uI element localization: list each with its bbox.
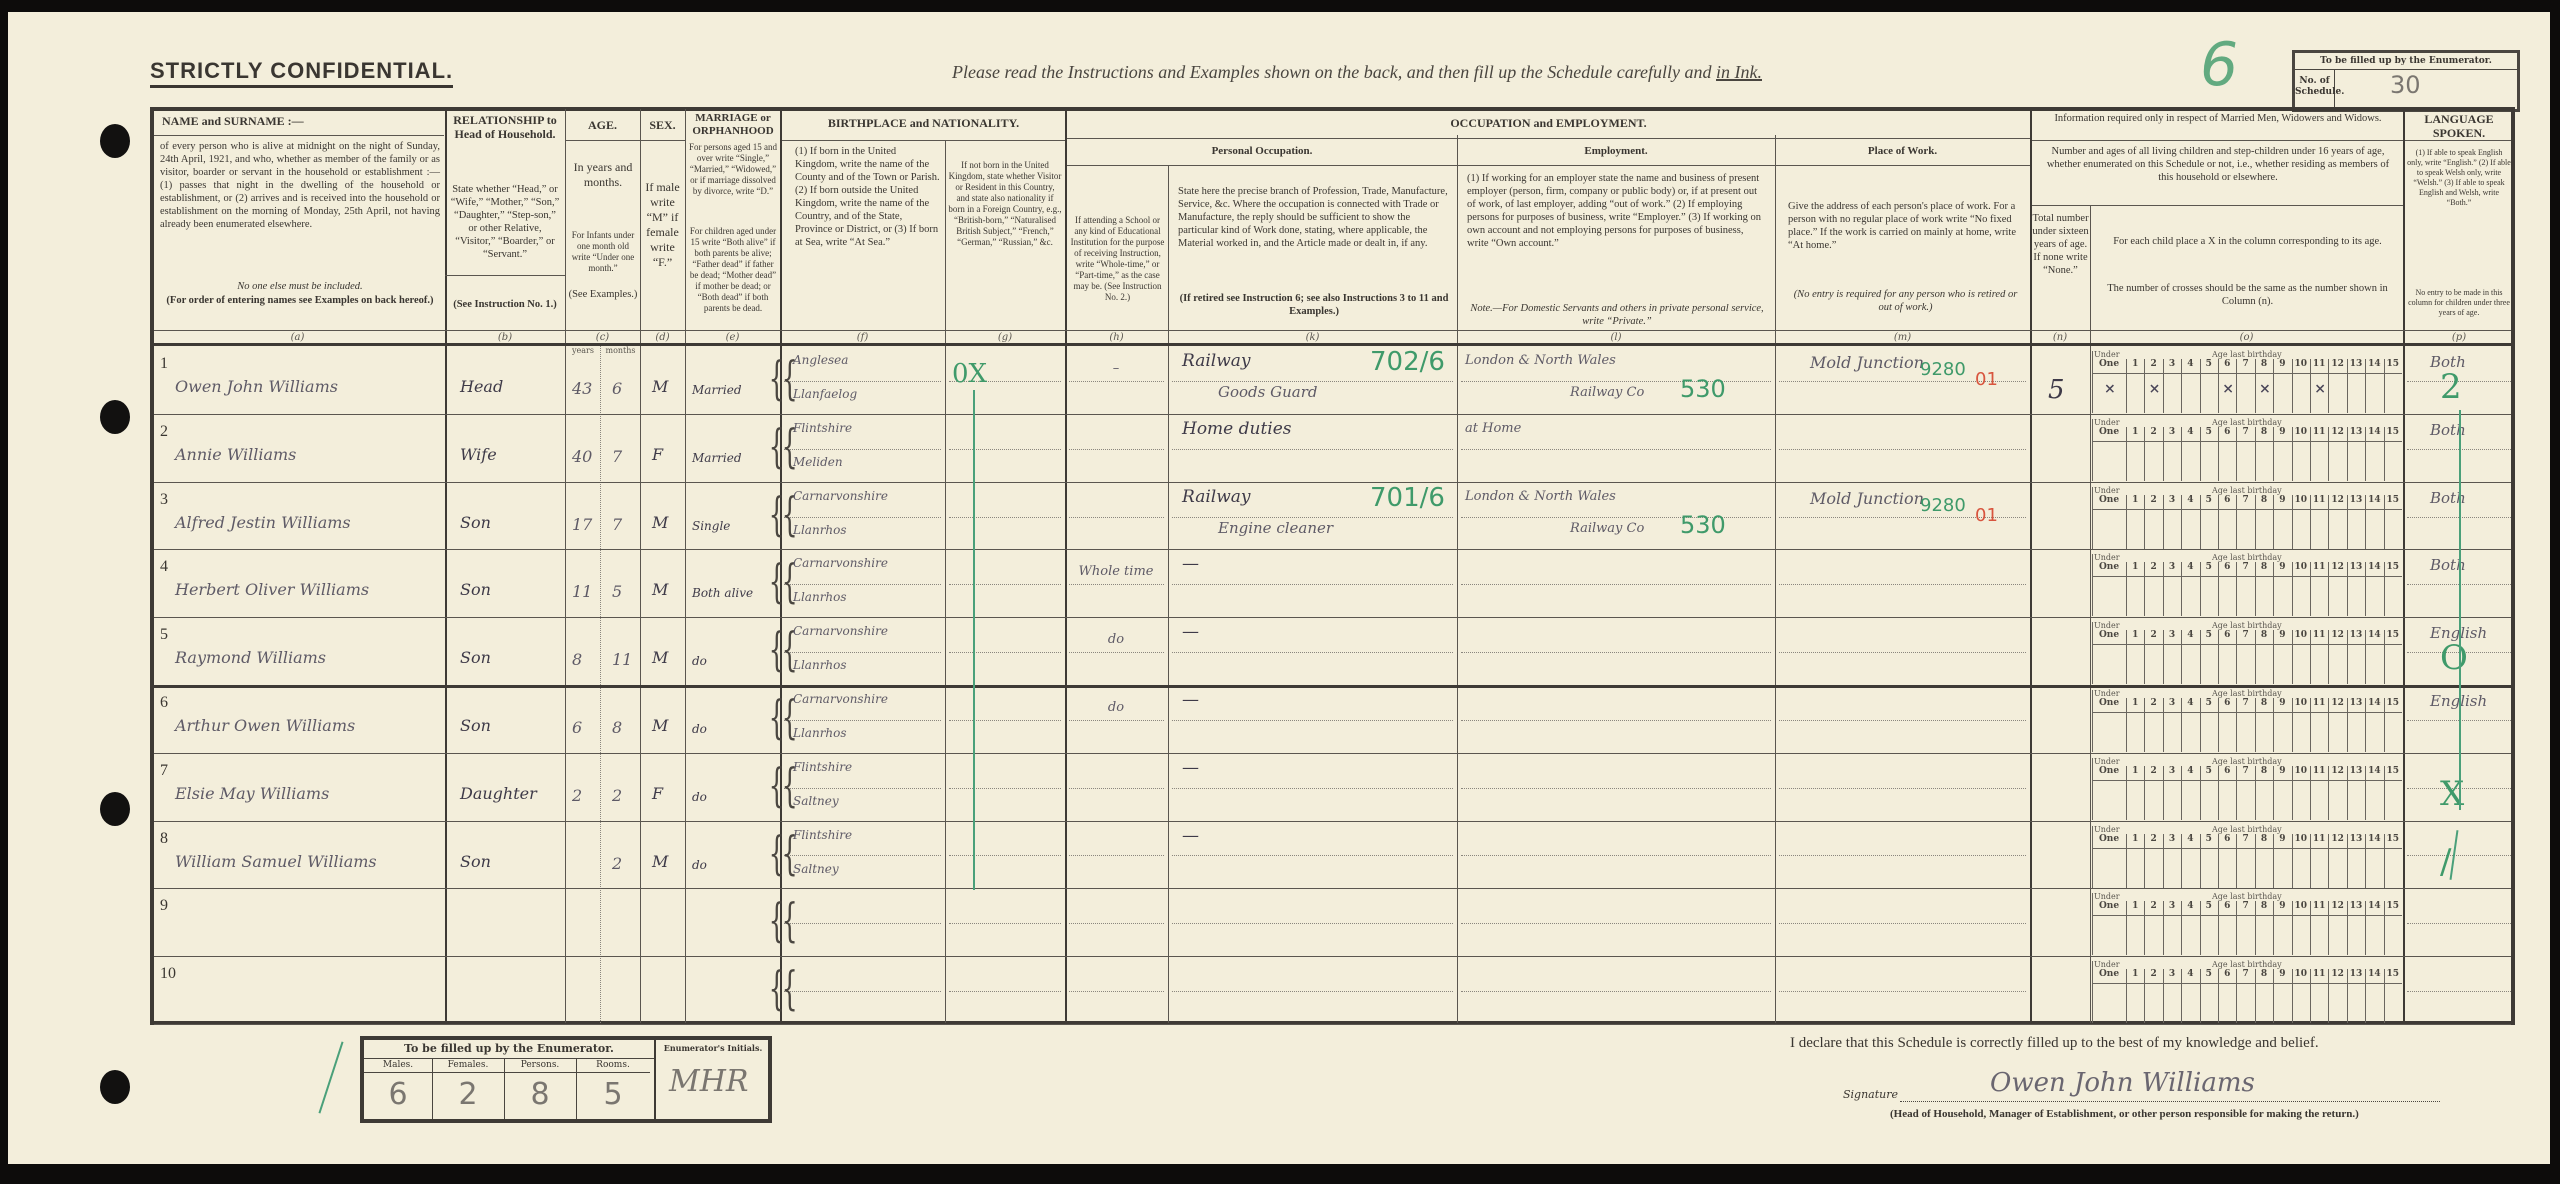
age-column-label: 1 bbox=[2126, 901, 2144, 911]
age-col-divider bbox=[2200, 834, 2201, 888]
birth-county: Anglesea bbox=[793, 353, 848, 367]
age-column-label: 15 bbox=[2384, 427, 2402, 437]
col-letter: (a) bbox=[150, 332, 445, 343]
header-rule bbox=[154, 330, 2511, 331]
birth-town: Saltney bbox=[793, 862, 839, 876]
age-col-divider bbox=[2200, 495, 2201, 549]
occupation-detail: Goods Guard bbox=[1218, 383, 1317, 401]
row-subline bbox=[784, 381, 941, 382]
age-column-label: One bbox=[2092, 969, 2126, 979]
age-col-divider bbox=[2218, 969, 2219, 1023]
age-months: 8 bbox=[612, 718, 622, 737]
row-subline bbox=[1069, 788, 1164, 789]
age-col-divider bbox=[2384, 630, 2385, 684]
age-column-label: 14 bbox=[2365, 698, 2383, 708]
age-column-label: 11 bbox=[2310, 698, 2328, 708]
col-f-body: (1) If born in the United Kingdom, write… bbox=[795, 145, 940, 249]
row-subline bbox=[1779, 855, 2026, 856]
age-col-divider bbox=[2273, 901, 2274, 955]
age-col-divider bbox=[2384, 562, 2385, 616]
marital-status: Both alive bbox=[692, 586, 753, 600]
age-column-label: 2 bbox=[2144, 427, 2162, 437]
age-col-divider bbox=[2181, 766, 2182, 820]
age-col-divider bbox=[2292, 427, 2293, 481]
birth-county: Flintshire bbox=[793, 760, 852, 774]
age-col-divider bbox=[2292, 630, 2293, 684]
age-column-label: 14 bbox=[2365, 359, 2383, 369]
declaration-text: I declare that this Schedule is correctl… bbox=[1790, 1035, 2319, 1052]
sex: M bbox=[652, 377, 668, 396]
age-months: 2 bbox=[612, 786, 622, 805]
birth-county: Carnarvonshire bbox=[793, 489, 888, 503]
col-no-title: Information required only in respect of … bbox=[2035, 112, 2401, 125]
age-col-divider bbox=[2181, 834, 2182, 888]
row-number: 1 bbox=[160, 355, 168, 373]
age-col-divider bbox=[2273, 969, 2274, 1023]
col-o-body1: For each child place a X in the column c… bbox=[2100, 235, 2395, 248]
age-column-label: 4 bbox=[2181, 495, 2199, 505]
age-col-divider bbox=[2365, 969, 2366, 1023]
age-last-birthday-label: Age last birthday bbox=[2212, 960, 2282, 969]
age-col-divider bbox=[2384, 427, 2385, 481]
age-grid-edge bbox=[2092, 554, 2093, 616]
age-col-divider bbox=[2255, 698, 2256, 752]
age-column-label: 11 bbox=[2310, 969, 2328, 979]
occupation: Railway bbox=[1182, 351, 1251, 371]
age-col-divider bbox=[2126, 359, 2127, 413]
age-column-label: 12 bbox=[2328, 901, 2346, 911]
age-column-label: 3 bbox=[2163, 766, 2181, 776]
age-last-birthday-label: Age last birthday bbox=[2212, 757, 2282, 766]
age-cross-mark: × bbox=[2314, 381, 2326, 397]
row-subline bbox=[1461, 584, 1771, 585]
occupation: — bbox=[1182, 758, 1199, 778]
relationship: Head bbox=[460, 377, 503, 396]
age-col-divider bbox=[2181, 359, 2182, 413]
age-col-divider bbox=[2144, 698, 2145, 752]
birth-county: Carnarvonshire bbox=[793, 692, 888, 706]
col-divider bbox=[2090, 205, 2091, 1023]
age-column-label: 5 bbox=[2200, 427, 2218, 437]
age-column-label: 7 bbox=[2236, 359, 2254, 369]
row-subline bbox=[1069, 381, 1164, 382]
person-name: Raymond Williams bbox=[175, 648, 326, 667]
age-column-label: One bbox=[2092, 562, 2126, 572]
age-under-label: Under bbox=[2094, 486, 2120, 495]
age-column-label: 2 bbox=[2144, 901, 2162, 911]
age-column-label: 6 bbox=[2218, 359, 2236, 369]
age-col-divider bbox=[2181, 495, 2182, 549]
row-subline bbox=[1779, 788, 2026, 789]
birth-town: Saltney bbox=[793, 794, 839, 808]
age-under-label: Under bbox=[2094, 757, 2120, 766]
summary-divider bbox=[654, 1040, 656, 1119]
row-number: 4 bbox=[160, 558, 168, 576]
col-g-body: If not born in the United Kingdom, state… bbox=[948, 160, 1062, 248]
age-col-divider bbox=[2328, 901, 2329, 955]
person-name: William Samuel Williams bbox=[175, 852, 377, 871]
col-letter: (n) bbox=[2030, 332, 2090, 343]
row-subline bbox=[1069, 855, 1164, 856]
row-subline bbox=[1172, 788, 1453, 789]
age-column-label: 8 bbox=[2255, 969, 2273, 979]
age-col-divider bbox=[2292, 901, 2293, 955]
age-grid-rule bbox=[2092, 644, 2402, 645]
age-column-label: 15 bbox=[2384, 562, 2402, 572]
row-subline bbox=[949, 788, 1061, 789]
age-grid-rule bbox=[2092, 576, 2402, 577]
occupation-code: 702/6 bbox=[1370, 347, 1445, 377]
age-col-divider bbox=[2273, 834, 2274, 888]
row-subline bbox=[1779, 652, 2026, 653]
age-column-label: 6 bbox=[2218, 766, 2236, 776]
age-column-label: 13 bbox=[2347, 427, 2365, 437]
age-column-label: 7 bbox=[2236, 562, 2254, 572]
age-col-divider bbox=[2384, 834, 2385, 888]
age-col-divider bbox=[2292, 698, 2293, 752]
age-col-divider bbox=[2328, 630, 2329, 684]
age-col-divider bbox=[2384, 698, 2385, 752]
age-years: 17 bbox=[572, 515, 592, 534]
row-subline bbox=[784, 517, 941, 518]
school-attendance: do bbox=[1072, 700, 1160, 715]
age-col-divider bbox=[2292, 766, 2293, 820]
age-column-label: 1 bbox=[2126, 562, 2144, 572]
row-subline bbox=[1779, 720, 2026, 721]
age-grid-edge bbox=[2092, 419, 2093, 481]
age-col-divider bbox=[2255, 766, 2256, 820]
age-col-divider bbox=[2236, 834, 2237, 888]
row-subline bbox=[1069, 720, 1164, 721]
age-column-label: 13 bbox=[2347, 834, 2365, 844]
row-subline bbox=[1779, 991, 2026, 992]
age-col-divider bbox=[2181, 969, 2182, 1023]
age-under-label: Under bbox=[2094, 892, 2120, 901]
row-subline bbox=[1779, 923, 2026, 924]
employer: London & North Wales bbox=[1465, 489, 1616, 504]
row-subline bbox=[784, 652, 941, 653]
age-column-label: 10 bbox=[2292, 359, 2310, 369]
age-column-label: 9 bbox=[2273, 969, 2291, 979]
age-col-divider bbox=[2236, 698, 2237, 752]
col-e-note: For children aged under 15 write “Both a… bbox=[688, 226, 778, 314]
workplace-subcode: 01 bbox=[1975, 505, 1998, 526]
age-col-divider bbox=[2292, 969, 2293, 1023]
age-column-label: 6 bbox=[2218, 901, 2236, 911]
col-divider bbox=[1775, 135, 1776, 1023]
row-subline bbox=[949, 652, 1061, 653]
age-col-divider bbox=[2200, 359, 2201, 413]
age-grid-edge bbox=[2092, 351, 2093, 413]
col-divider bbox=[1457, 135, 1458, 1023]
summary-cell: Rooms.5 bbox=[576, 1058, 650, 1119]
col-c-title: AGE. bbox=[565, 118, 640, 133]
age-col-divider bbox=[2310, 359, 2311, 413]
age-column-label: 15 bbox=[2384, 630, 2402, 640]
age-column-label: 8 bbox=[2255, 834, 2273, 844]
signature-value: Owen John Williams bbox=[1990, 1068, 2255, 1098]
green-verification-line bbox=[973, 390, 975, 890]
col-p-body: (1) If able to speak English only, write… bbox=[2407, 148, 2511, 208]
workplace-subcode: 01 bbox=[1975, 369, 1998, 390]
children-age-grid: UnderAge last birthdayOne×12×3456×78×910… bbox=[2092, 349, 2402, 413]
age-col-divider bbox=[2181, 562, 2182, 616]
age-col-divider bbox=[2347, 969, 2348, 1023]
age-column-label: 8 bbox=[2255, 766, 2273, 776]
age-column-label: One bbox=[2092, 427, 2126, 437]
row-subline bbox=[1461, 923, 1771, 924]
col-letter: (g) bbox=[945, 332, 1065, 343]
age-column-label: 9 bbox=[2273, 427, 2291, 437]
age-column-label: 10 bbox=[2292, 698, 2310, 708]
age-grid-rule bbox=[2092, 915, 2402, 916]
col-p-title: LANGUAGE SPOKEN. bbox=[2405, 112, 2513, 140]
age-col-divider bbox=[2328, 495, 2329, 549]
age-col-divider bbox=[2365, 834, 2366, 888]
age-column-label: 2 bbox=[2144, 698, 2162, 708]
col-h-body: If attending a School or any kind of Edu… bbox=[1069, 215, 1166, 303]
age-column-label: 15 bbox=[2384, 901, 2402, 911]
children-age-grid: UnderAge last birthdayOne123456789101112… bbox=[2092, 959, 2402, 1023]
col-k-footer: (If retired see Instruction 6; see also … bbox=[1178, 292, 1450, 318]
row-divider bbox=[154, 617, 2511, 618]
relationship: Son bbox=[460, 580, 491, 599]
age-column-label: One bbox=[2092, 901, 2126, 911]
col-letter: (d) bbox=[640, 332, 685, 343]
age-col-divider bbox=[2347, 427, 2348, 481]
age-col-divider bbox=[2310, 766, 2311, 820]
age-column-label: 15 bbox=[2384, 834, 2402, 844]
age-last-birthday-label: Age last birthday bbox=[2212, 553, 2282, 562]
age-col-divider bbox=[2236, 901, 2237, 955]
age-col-divider bbox=[2163, 969, 2164, 1023]
age-column-label: 1 bbox=[2126, 834, 2144, 844]
col-m-title: Place of Work. bbox=[1775, 145, 2030, 157]
age-col-divider bbox=[2218, 562, 2219, 616]
summary-label: Rooms. bbox=[576, 1058, 650, 1073]
occupation-detail: Engine cleaner bbox=[1218, 519, 1333, 537]
age-column-label: 5 bbox=[2200, 698, 2218, 708]
col-p-note: No entry to be made in this column for c… bbox=[2407, 288, 2511, 318]
row-subline bbox=[1172, 991, 1453, 992]
age-col-divider bbox=[2365, 562, 2366, 616]
summary-value: 2 bbox=[432, 1073, 504, 1117]
age-grid-edge bbox=[2092, 758, 2093, 820]
age-col-divider bbox=[2144, 562, 2145, 616]
age-col-divider bbox=[2328, 562, 2329, 616]
row-number: 5 bbox=[160, 626, 168, 644]
age-column-label: 14 bbox=[2365, 495, 2383, 505]
employer-code: 530 bbox=[1680, 511, 1726, 539]
col-d-title: SEX. bbox=[640, 118, 685, 133]
age-column-label: 4 bbox=[2181, 766, 2199, 776]
age-col-divider bbox=[2163, 495, 2164, 549]
header-rule bbox=[2405, 140, 2511, 141]
birth-county: Carnarvonshire bbox=[793, 556, 888, 570]
age-years: 2 bbox=[572, 786, 582, 805]
occupation: — bbox=[1182, 554, 1199, 574]
age-column-label: 3 bbox=[2163, 630, 2181, 640]
age-col-divider bbox=[2163, 562, 2164, 616]
age-col-divider bbox=[2200, 427, 2201, 481]
age-column-label: 11 bbox=[2310, 495, 2328, 505]
place-of-work: Mold Junction bbox=[1810, 489, 1924, 508]
col-a-footer: (For order of entering names see Example… bbox=[160, 294, 440, 307]
row-subline bbox=[1172, 720, 1453, 721]
col-a-note: No one else must be included. bbox=[160, 280, 440, 293]
row-divider bbox=[154, 888, 2511, 889]
age-col-divider bbox=[2218, 359, 2219, 413]
age-column-label: 2 bbox=[2144, 630, 2162, 640]
age-col-divider bbox=[2163, 698, 2164, 752]
col-o-body2: The number of crosses should be the same… bbox=[2100, 282, 2395, 308]
age-col-divider bbox=[2310, 698, 2311, 752]
row-subline bbox=[784, 584, 941, 585]
col-letter: (m) bbox=[1775, 332, 2030, 343]
age-months-label: months bbox=[601, 346, 640, 355]
age-column-label: 5 bbox=[2200, 969, 2218, 979]
age-column-label: 4 bbox=[2181, 901, 2199, 911]
age-col-divider bbox=[2273, 562, 2274, 616]
col-b-footer: (See Instruction No. 1.) bbox=[449, 298, 561, 311]
age-col-divider bbox=[2273, 427, 2274, 481]
age-col-divider bbox=[2384, 901, 2385, 955]
header-rule bbox=[1067, 138, 2030, 139]
row-divider bbox=[154, 414, 2511, 415]
age-column-label: 5 bbox=[2200, 562, 2218, 572]
person-name: Annie Williams bbox=[175, 445, 296, 464]
instructions-ink: in Ink. bbox=[1716, 62, 1762, 82]
age-column-label: 5 bbox=[2200, 901, 2218, 911]
header-rule bbox=[445, 275, 565, 276]
age-col-divider bbox=[2200, 630, 2201, 684]
age-col-divider bbox=[2163, 834, 2164, 888]
age-col-divider bbox=[2365, 766, 2366, 820]
age-col-divider bbox=[2255, 427, 2256, 481]
col-divider bbox=[2403, 109, 2405, 1023]
schedule-number-box: To be filled up by the Enumerator. No. o… bbox=[2292, 50, 2520, 112]
age-col-divider bbox=[2200, 698, 2201, 752]
age-column-label: 8 bbox=[2255, 495, 2273, 505]
marital-status: Married bbox=[692, 383, 742, 397]
person-name: Arthur Owen Williams bbox=[175, 716, 355, 735]
age-col-divider bbox=[2273, 698, 2274, 752]
row-subline bbox=[784, 855, 941, 856]
age-col-divider bbox=[2126, 698, 2127, 752]
summary-cell: Females.2 bbox=[432, 1058, 505, 1119]
row-subline bbox=[784, 788, 941, 789]
age-col-divider bbox=[2347, 562, 2348, 616]
punch-hole bbox=[100, 124, 130, 158]
age-column-label: 3 bbox=[2163, 969, 2181, 979]
relationship: Wife bbox=[460, 445, 497, 464]
age-column-label: 10 bbox=[2292, 901, 2310, 911]
age-column-label: 2 bbox=[2144, 834, 2162, 844]
birth-town: Llanrhos bbox=[793, 726, 847, 740]
age-col-divider bbox=[2347, 698, 2348, 752]
employer-detail: Railway Co bbox=[1570, 521, 1644, 536]
age-column-label: 13 bbox=[2347, 766, 2365, 776]
age-column-label: 15 bbox=[2384, 766, 2402, 776]
age-col-divider bbox=[2328, 427, 2329, 481]
col-l-note: Note.—For Domestic Servants and others i… bbox=[1467, 302, 1767, 328]
age-col-divider bbox=[2126, 562, 2127, 616]
col-letter: (e) bbox=[685, 332, 780, 343]
col-a-body: of every person who is alive at midnight… bbox=[160, 140, 440, 231]
age-col-divider bbox=[2328, 834, 2329, 888]
age-column-label: 3 bbox=[2163, 562, 2181, 572]
age-column-label: 2 bbox=[2144, 359, 2162, 369]
age-column-label: 12 bbox=[2328, 766, 2346, 776]
age-under-label: Under bbox=[2094, 418, 2120, 427]
summary-heading: To be filled up by the Enumerator. bbox=[364, 1040, 654, 1059]
age-column-label: 8 bbox=[2255, 901, 2273, 911]
row-number: 8 bbox=[160, 830, 168, 848]
nationality-mark: 0X bbox=[952, 359, 987, 389]
row-subline bbox=[949, 923, 1061, 924]
employer: at Home bbox=[1465, 421, 1521, 436]
age-column-label: 8 bbox=[2255, 562, 2273, 572]
age-column-label: 12 bbox=[2328, 562, 2346, 572]
age-column-label: 8 bbox=[2255, 359, 2273, 369]
header-rule bbox=[1457, 165, 2030, 166]
age-column-label: 9 bbox=[2273, 495, 2291, 505]
age-years-months-divider bbox=[600, 345, 602, 1023]
age-col-divider bbox=[2144, 901, 2145, 955]
schedule-number-heading: To be filled up by the Enumerator. bbox=[2295, 53, 2517, 70]
age-column-label: 12 bbox=[2328, 359, 2346, 369]
age-col-divider bbox=[2347, 901, 2348, 955]
age-col-divider bbox=[2328, 359, 2329, 413]
children-age-grid: UnderAge last birthdayOne123456789101112… bbox=[2092, 756, 2402, 820]
age-column-label: One bbox=[2092, 495, 2126, 505]
row-divider bbox=[154, 753, 2511, 754]
age-column-label: 4 bbox=[2181, 630, 2199, 640]
age-column-label: 3 bbox=[2163, 834, 2181, 844]
age-col-divider bbox=[2236, 495, 2237, 549]
age-col-divider bbox=[2310, 495, 2311, 549]
row-number: 6 bbox=[160, 694, 168, 712]
age-col-divider bbox=[2365, 630, 2366, 684]
col-divider bbox=[1065, 109, 1067, 1023]
row-number: 3 bbox=[160, 491, 168, 509]
row-subline bbox=[1069, 923, 1164, 924]
age-col-divider bbox=[2163, 901, 2164, 955]
language-mark: 2 bbox=[2440, 367, 2462, 407]
col-n-body: Total number under sixteen years of age.… bbox=[2032, 212, 2089, 277]
header-rule bbox=[154, 135, 444, 136]
age-months: 7 bbox=[612, 447, 622, 466]
age-column-label: 5 bbox=[2200, 766, 2218, 776]
age-grid-edge bbox=[2092, 961, 2093, 1023]
age-col-divider bbox=[2200, 562, 2201, 616]
sex: F bbox=[652, 784, 663, 803]
age-last-birthday-label: Age last birthday bbox=[2212, 486, 2282, 495]
age-months: 11 bbox=[612, 650, 632, 669]
col-occ-title: OCCUPATION and EMPLOYMENT. bbox=[1067, 116, 2030, 131]
age-column-label: 13 bbox=[2347, 901, 2365, 911]
age-column-label: 14 bbox=[2365, 766, 2383, 776]
age-col-divider bbox=[2328, 766, 2329, 820]
summary-cell: Males.6 bbox=[364, 1058, 433, 1119]
col-b-body: State whether “Head,” or “Wife,” “Mother… bbox=[449, 183, 561, 261]
row-subline bbox=[784, 923, 941, 924]
age-column-label: 10 bbox=[2292, 969, 2310, 979]
occupation: Home duties bbox=[1182, 419, 1292, 439]
age-column-label: 6 bbox=[2218, 495, 2236, 505]
age-col-divider bbox=[2384, 359, 2385, 413]
row-subline bbox=[2407, 991, 2511, 992]
